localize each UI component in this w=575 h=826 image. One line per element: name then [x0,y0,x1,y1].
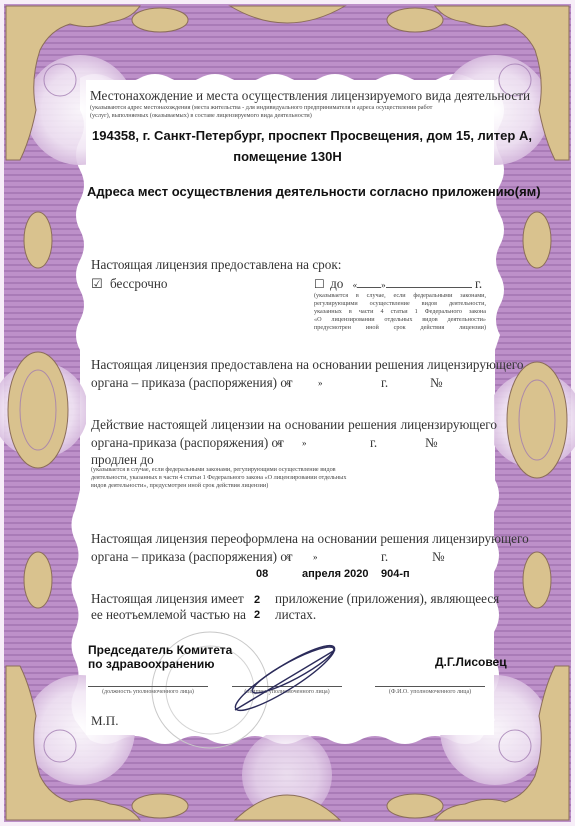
appendix-line1-a: Настоящая лицензия имеет [91,591,244,607]
extension-number-sign: № [425,435,438,451]
basis-number-sign: № [430,375,443,391]
license-page: Местонахождение и места осуществления ли… [0,0,575,826]
extension-line2: органа-приказа (распоряжения) от [91,435,284,451]
caption-position: (должность уполномоченного лица) [88,689,208,695]
signer-title-line1: Председатель Комитета [88,643,232,657]
appendix-line2-b: листах. [275,607,316,623]
appendix-count: 2 [254,594,260,606]
extension-note: (указывается в случае, если федеральными… [91,466,346,490]
term-heading: Настоящая лицензия предоставлена на срок… [91,257,341,273]
checkbox-checked-icon[interactable]: ☑ [91,277,103,292]
basis-year-suffix: г. [381,375,388,391]
term-until-note: (указывается в случае, если федеральными… [314,292,486,332]
term-until-option[interactable]: ☐ до «» г. [314,276,482,292]
basis-line2: органа – приказа (распоряжения) от [91,375,293,391]
reissue-quote-close: » [313,552,318,562]
reissue-year-suffix: г. [381,549,388,565]
location-heading: Местонахождение и места осуществления ли… [90,88,530,104]
quote-close: » [381,280,386,290]
note-line: (указывается в случае, если федеральными… [314,292,486,300]
term-until-label: до [330,276,343,291]
reissue-line1: Настоящая лицензия переоформлена на осно… [91,531,529,547]
reissue-month-year: апреля 2020 [302,568,369,580]
appendix-line2-a: ее неотъемлемой частью на [91,607,246,623]
term-unlimited-option[interactable]: ☑ бессрочно [91,276,168,292]
handwritten-signature [225,640,345,720]
caption-name: (Ф.И.О. уполномоченного лица) [375,689,485,695]
appendix-sheets: 2 [254,609,260,621]
basis-quote-open: « [286,378,291,388]
position-line [88,686,208,687]
seal-place: М.П. [91,713,118,729]
signer-name: Д.Г.Лисовец [435,655,507,669]
reissue-number: 904-п [381,568,410,580]
name-line [375,686,485,687]
location-note-line1: (указываются адрес местонахождения (мест… [90,104,432,112]
term-unlimited-label: бессрочно [110,276,168,291]
address-line1: 194358, г. Санкт-Петербург, проспект Про… [92,128,532,143]
location-note-line2: (услуг), выполняемых (оказываемых) в сос… [90,112,312,120]
note-line: предусмотрен иной срок действия лицензии… [314,324,486,332]
appendix-line1-b: приложение (приложения), являющееся [275,591,499,607]
checkbox-unchecked-icon[interactable]: ☐ [314,277,325,291]
reissue-number-sign: № [432,549,445,565]
extension-year-suffix: г. [370,435,377,451]
year-suffix: г. [475,276,482,291]
note-line: видов деятельности», предусмотрен иной с… [91,482,346,490]
note-line: деятельности, указанных в части 4 статьи… [91,474,346,482]
extension-quote-close: » [302,438,307,448]
note-line: (указывается в случае, если федеральными… [91,466,346,474]
basis-quote-close: » [318,378,323,388]
note-line: «О лицензировании отдельных видов деятел… [314,316,486,324]
note-line: указанных в части 4 статьи 1 Федеральног… [314,308,486,316]
extension-line1: Действие настоящей лицензии на основании… [91,417,497,433]
note-line: регулирующими осуществление видов деятел… [314,300,486,308]
addresses-appendix: Адреса мест осуществления деятельности с… [87,184,541,199]
signer-title-line2: по здравоохранению [88,657,215,671]
reissue-day: 08 [256,568,268,580]
reissue-line2: органа – приказа (распоряжения) от [91,549,293,565]
address-line2: помещение 130Н [0,149,575,164]
reissue-quote-open: « [285,552,290,562]
extension-quote-open: « [277,438,282,448]
quote-open: « [353,280,358,290]
basis-line1: Настоящая лицензия предоставлена на осно… [91,357,523,373]
